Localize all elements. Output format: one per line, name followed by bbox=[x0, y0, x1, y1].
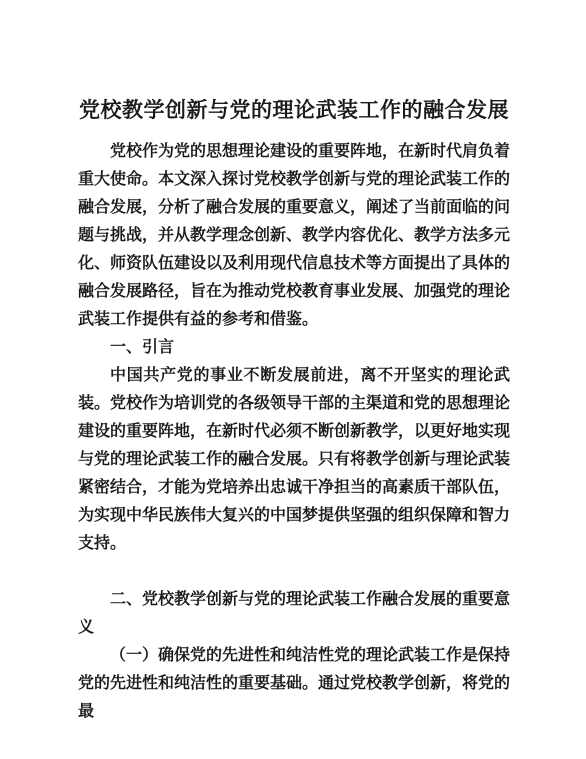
document-body: 党校作为党的思想理论建设的重要阵地，在新时代肩负着重大使命。本文深入探讨党校教学… bbox=[78, 138, 510, 726]
paragraph-significance-item-1: （一）确保党的先进性和纯洁性党的理论武装工作是保持党的先进性和纯洁性的重要基础。… bbox=[78, 642, 510, 726]
abstract-paragraph: 党校作为党的思想理论建设的重要阵地，在新时代肩负着重大使命。本文深入探讨党校教学… bbox=[78, 138, 510, 334]
section-heading-significance: 二、党校教学创新与党的理论武装工作融合发展的重要意义 bbox=[78, 586, 510, 642]
document-page: 党校教学创新与党的理论武装工作的融合发展 党校作为党的思想理论建设的重要阵地，在… bbox=[0, 0, 586, 759]
section-heading-introduction: 一、引言 bbox=[78, 334, 510, 362]
paragraph-introduction: 中国共产党的事业不断发展前进，离不开坚实的理论武装。党校作为培训党的各级领导干部… bbox=[78, 362, 510, 558]
blank-line bbox=[78, 558, 510, 586]
document-title: 党校教学创新与党的理论武装工作的融合发展 bbox=[78, 96, 510, 126]
